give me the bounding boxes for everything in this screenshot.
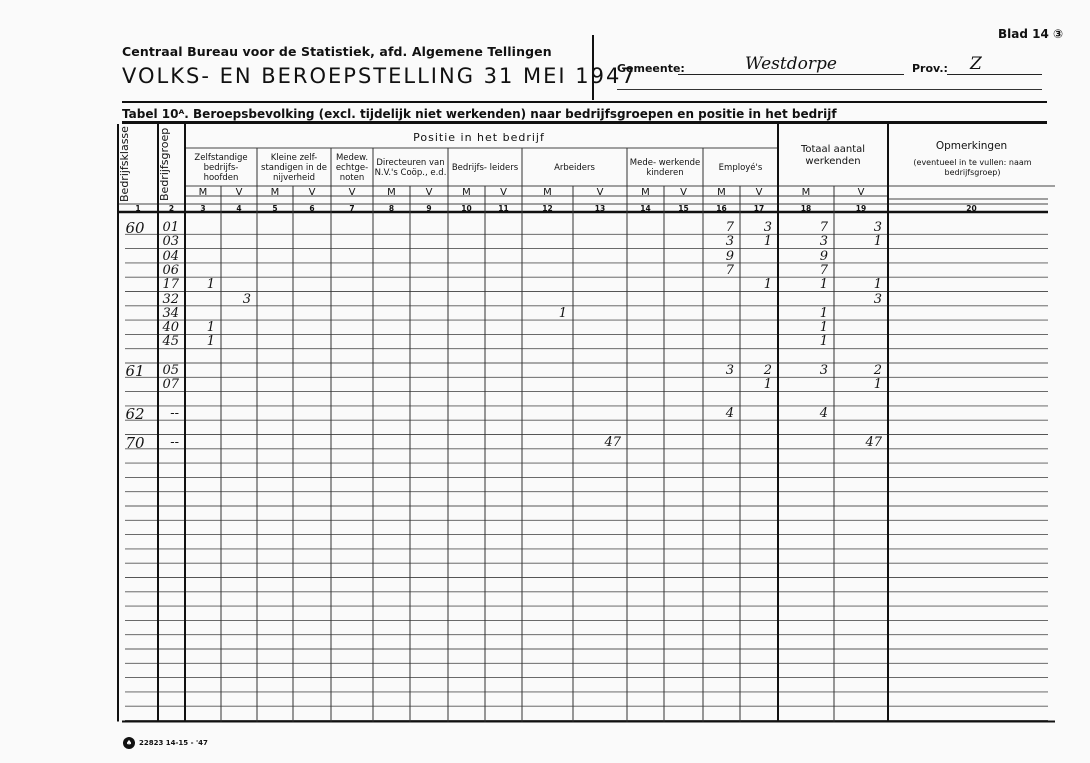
column-number: 11 bbox=[485, 204, 522, 213]
count-cell-col17: 1 bbox=[740, 235, 772, 249]
column-number: 13 bbox=[573, 204, 627, 213]
opmerkingen-subheader: (eventueel in te vullen: naam bedrijfsgr… bbox=[905, 154, 1040, 182]
census-form-page: Centraal Bureau voor de Statistiek, afd.… bbox=[0, 0, 1090, 763]
column-number: 18 bbox=[778, 204, 834, 213]
count-cell-col16: 7 bbox=[703, 221, 734, 235]
column-number: 17 bbox=[740, 204, 778, 213]
opmerkingen-header: Opmerkingen bbox=[888, 138, 1055, 154]
column-number: 9 bbox=[410, 204, 448, 213]
print-code: ♠ 22823 14-15 - '47 bbox=[123, 737, 208, 749]
count-cell-col19: 2 bbox=[834, 364, 882, 378]
count-cell-col18: 9 bbox=[778, 250, 828, 264]
bedrijfsgroep-cell: 06 bbox=[158, 264, 179, 278]
mv-label: V bbox=[485, 187, 522, 198]
count-cell-col18: 1 bbox=[778, 307, 828, 321]
group-header-7: Mede- werkende kinderen bbox=[627, 150, 703, 186]
column-number: 6 bbox=[293, 204, 331, 213]
count-cell-col18: 1 bbox=[778, 278, 828, 292]
count-cell-col18: 3 bbox=[778, 235, 828, 249]
count-cell-col19: 1 bbox=[834, 378, 882, 392]
bedrijfsgroep-cell: 07 bbox=[158, 378, 179, 392]
count-cell-col19: 1 bbox=[834, 235, 882, 249]
column-number: 19 bbox=[834, 204, 888, 213]
bedrijfsgroep-cell: 45 bbox=[158, 335, 179, 349]
count-cell-col17: 1 bbox=[740, 278, 772, 292]
count-cell-col12: 1 bbox=[522, 307, 567, 321]
group-header-8: Employé's bbox=[703, 150, 778, 186]
count-cell-col18: 3 bbox=[778, 364, 828, 378]
count-cell-col17: 1 bbox=[740, 378, 772, 392]
column-number: 2 bbox=[158, 204, 185, 213]
col-bedrijfsklasse-header: Bedrijfsklasse bbox=[118, 126, 158, 202]
bedrijfsklasse-cell: 62 bbox=[118, 407, 152, 421]
count-cell-col18: 1 bbox=[778, 335, 828, 349]
bedrijfsgroep-cell: -- bbox=[158, 436, 179, 450]
mv-label: V bbox=[221, 187, 257, 198]
count-cell-col19: 3 bbox=[834, 221, 882, 235]
column-number: 5 bbox=[257, 204, 293, 213]
count-cell-col3: 1 bbox=[185, 335, 215, 349]
count-cell-col17: 3 bbox=[740, 221, 772, 235]
count-cell-col17: 2 bbox=[740, 364, 772, 378]
mv-label: V bbox=[331, 187, 373, 198]
print-code-text: 22823 14-15 - '47 bbox=[139, 739, 208, 747]
column-number: 16 bbox=[703, 204, 740, 213]
column-number: 12 bbox=[522, 204, 573, 213]
column-number: 20 bbox=[888, 204, 1055, 213]
mv-label: M bbox=[522, 187, 573, 198]
bedrijfsgroep-cell: 01 bbox=[158, 221, 179, 235]
bedrijfsgroep-cell: 32 bbox=[158, 293, 179, 307]
count-cell-col19: 47 bbox=[834, 436, 882, 450]
bedrijfsgroep-cell: 04 bbox=[158, 250, 179, 264]
mv-label: V bbox=[293, 187, 331, 198]
mv-label: M bbox=[627, 187, 664, 198]
group-header-2: Kleine zelf- standigen in de nijverheid bbox=[257, 150, 331, 186]
count-cell-col3: 1 bbox=[185, 278, 215, 292]
bedrijfsgroep-cell: 40 bbox=[158, 321, 179, 335]
printer-logo-icon: ♠ bbox=[123, 737, 135, 749]
mv-label: V bbox=[410, 187, 448, 198]
bedrijfsgroep-cell: 03 bbox=[158, 235, 179, 249]
bedrijfsgroep-cell: 05 bbox=[158, 364, 179, 378]
mv-label: M bbox=[778, 187, 834, 198]
mv-label: V bbox=[664, 187, 703, 198]
group-header-6: Arbeiders bbox=[522, 150, 627, 186]
bedrijfsklasse-cell: 61 bbox=[118, 364, 152, 378]
column-number: 8 bbox=[373, 204, 410, 213]
count-cell-col18: 7 bbox=[778, 221, 828, 235]
column-number: 1 bbox=[118, 204, 158, 213]
mv-label: M bbox=[373, 187, 410, 198]
totaal-header: Totaal aantal werkenden bbox=[778, 126, 888, 186]
column-number: 4 bbox=[221, 204, 257, 213]
count-cell-col4: 3 bbox=[221, 293, 251, 307]
bedrijfsgroep-cell: 34 bbox=[158, 307, 179, 321]
mv-label: M bbox=[185, 187, 221, 198]
column-number: 10 bbox=[448, 204, 485, 213]
count-cell-col3: 1 bbox=[185, 321, 215, 335]
mv-label: V bbox=[834, 187, 888, 198]
group-header-3: Medew. echtge- noten bbox=[331, 150, 373, 186]
column-number: 15 bbox=[664, 204, 703, 213]
col-bedrijfsgroep-header: Bedrijfsgroep bbox=[158, 126, 185, 202]
mv-label: V bbox=[573, 187, 627, 198]
count-cell-col16: 4 bbox=[703, 407, 734, 421]
count-cell-col16: 7 bbox=[703, 264, 734, 278]
bedrijfsgroep-cell: -- bbox=[158, 407, 179, 421]
positie-header: Positie in het bedrijf bbox=[185, 128, 773, 148]
count-cell-col16: 3 bbox=[703, 235, 734, 249]
column-number: 14 bbox=[627, 204, 664, 213]
count-cell-col13: 47 bbox=[573, 436, 621, 450]
count-cell-col19: 3 bbox=[834, 293, 882, 307]
column-number: 3 bbox=[185, 204, 221, 213]
count-cell-col18: 1 bbox=[778, 321, 828, 335]
column-number: 7 bbox=[331, 204, 373, 213]
mv-label: M bbox=[703, 187, 740, 198]
group-header-4: Directeuren van N.V.'s Coöp., e.d. bbox=[373, 150, 448, 186]
group-header-5: Bedrijfs- leiders bbox=[448, 150, 522, 186]
bedrijfsklasse-cell: 60 bbox=[118, 221, 152, 235]
count-cell-col18: 4 bbox=[778, 407, 828, 421]
group-header-1: Zelfstandige bedrijfs- hoofden bbox=[185, 150, 257, 186]
mv-label: M bbox=[257, 187, 293, 198]
bedrijfsklasse-cell: 70 bbox=[118, 436, 152, 450]
mv-label: M bbox=[448, 187, 485, 198]
count-cell-col19: 1 bbox=[834, 278, 882, 292]
count-cell-col16: 9 bbox=[703, 250, 734, 264]
count-cell-col18: 7 bbox=[778, 264, 828, 278]
bedrijfsgroep-cell: 17 bbox=[158, 278, 179, 292]
mv-label: V bbox=[740, 187, 778, 198]
count-cell-col16: 3 bbox=[703, 364, 734, 378]
